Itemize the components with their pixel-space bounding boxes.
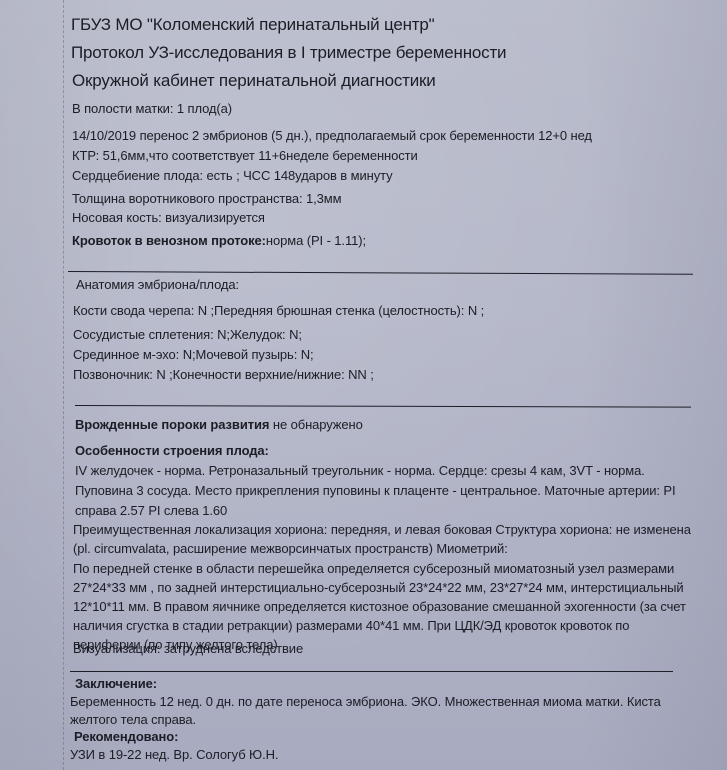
features-line: IV желудочек - норма. Ретроназальный тре… [75,463,645,479]
malformations-label: Врожденные пороки развития [75,417,269,432]
chorion-line: Преимущественная локализация хориона: пе… [73,522,691,538]
crl-measurement: КТР: 51,6мм,что соответствует 11+6неделе… [72,148,418,164]
section-divider [70,671,673,672]
malformations-value: не обнаружено [269,417,362,432]
anatomy-line: Сосудистые сплетения: N;Желудок: N; [73,327,302,343]
ductus-venosus-value: норма (PI - 1.11); [266,233,366,248]
ductus-venosus-flow: Кровоток в венозном протоке:норма (PI - … [72,233,366,249]
recommendation-text: УЗИ в 19-22 нед. Вр. Сологуб Ю.Н. [70,747,278,763]
myometrium-line: наличия сгустка в стадии ретракции) разм… [73,618,629,634]
myometrium-line: По передней стенке в области перешейка о… [73,561,674,577]
conclusion-title: Заключение: [75,676,157,692]
paper-fold-line [63,0,64,770]
fetal-heartbeat: Сердцебиение плода: есть ; ЧСС 148ударов… [72,168,393,184]
myometrium-line: 12*10*11 мм. В правом яичнике определяет… [73,599,686,615]
institution-name: ГБУЗ МО "Коломенский перинатальный центр… [71,15,434,35]
nuchal-translucency: Толщина воротникового пространства: 1,3м… [72,191,341,207]
department-name: Окружной кабинет перинатальной диагности… [72,71,436,91]
ductus-venosus-label: Кровоток в венозном протоке: [72,233,266,248]
anatomy-line: Срединное м-эхо: N;Мочевой пузырь: N; [73,347,314,363]
section-divider [68,271,693,275]
recommendation-title: Рекомендовано: [74,729,178,745]
section-divider [75,405,691,408]
anatomy-line: Позвоночник: N ;Конечности верхние/нижни… [73,367,374,383]
protocol-title: Протокол УЗ-исследования в I триместре б… [71,43,506,63]
myometrium-line: 27*24*33 мм , по задней интерстициально-… [73,580,684,596]
embryo-transfer: 14/10/2019 перенос 2 эмбрионов (5 дн.), … [72,128,592,144]
uterus-content: В полости матки: 1 плод(а) [72,101,232,117]
congenital-malformations: Врожденные пороки развития не обнаружено [75,417,363,433]
nasal-bone: Носовая кость: визуализируется [72,210,265,226]
features-title: Особенности строения плода: [75,443,269,459]
conclusion-line: желтого тела справа. [70,712,196,728]
anatomy-title: Анатомия эмбриона/плода: [76,277,239,293]
chorion-line: (pl. circumvalata, расширение межворсинч… [73,541,508,557]
anatomy-line: Кости свода черепа: N ;Передняя брюшная … [73,303,484,319]
features-line: Пуповина 3 сосуда. Место прикрепления пу… [75,483,676,499]
visualization-note: Визуализация: затруднена вследствие [73,641,303,657]
features-line: справа 2.57 PI слева 1.60 [75,503,227,519]
conclusion-line: Беременность 12 нед. 0 дн. по дате перен… [70,694,661,710]
